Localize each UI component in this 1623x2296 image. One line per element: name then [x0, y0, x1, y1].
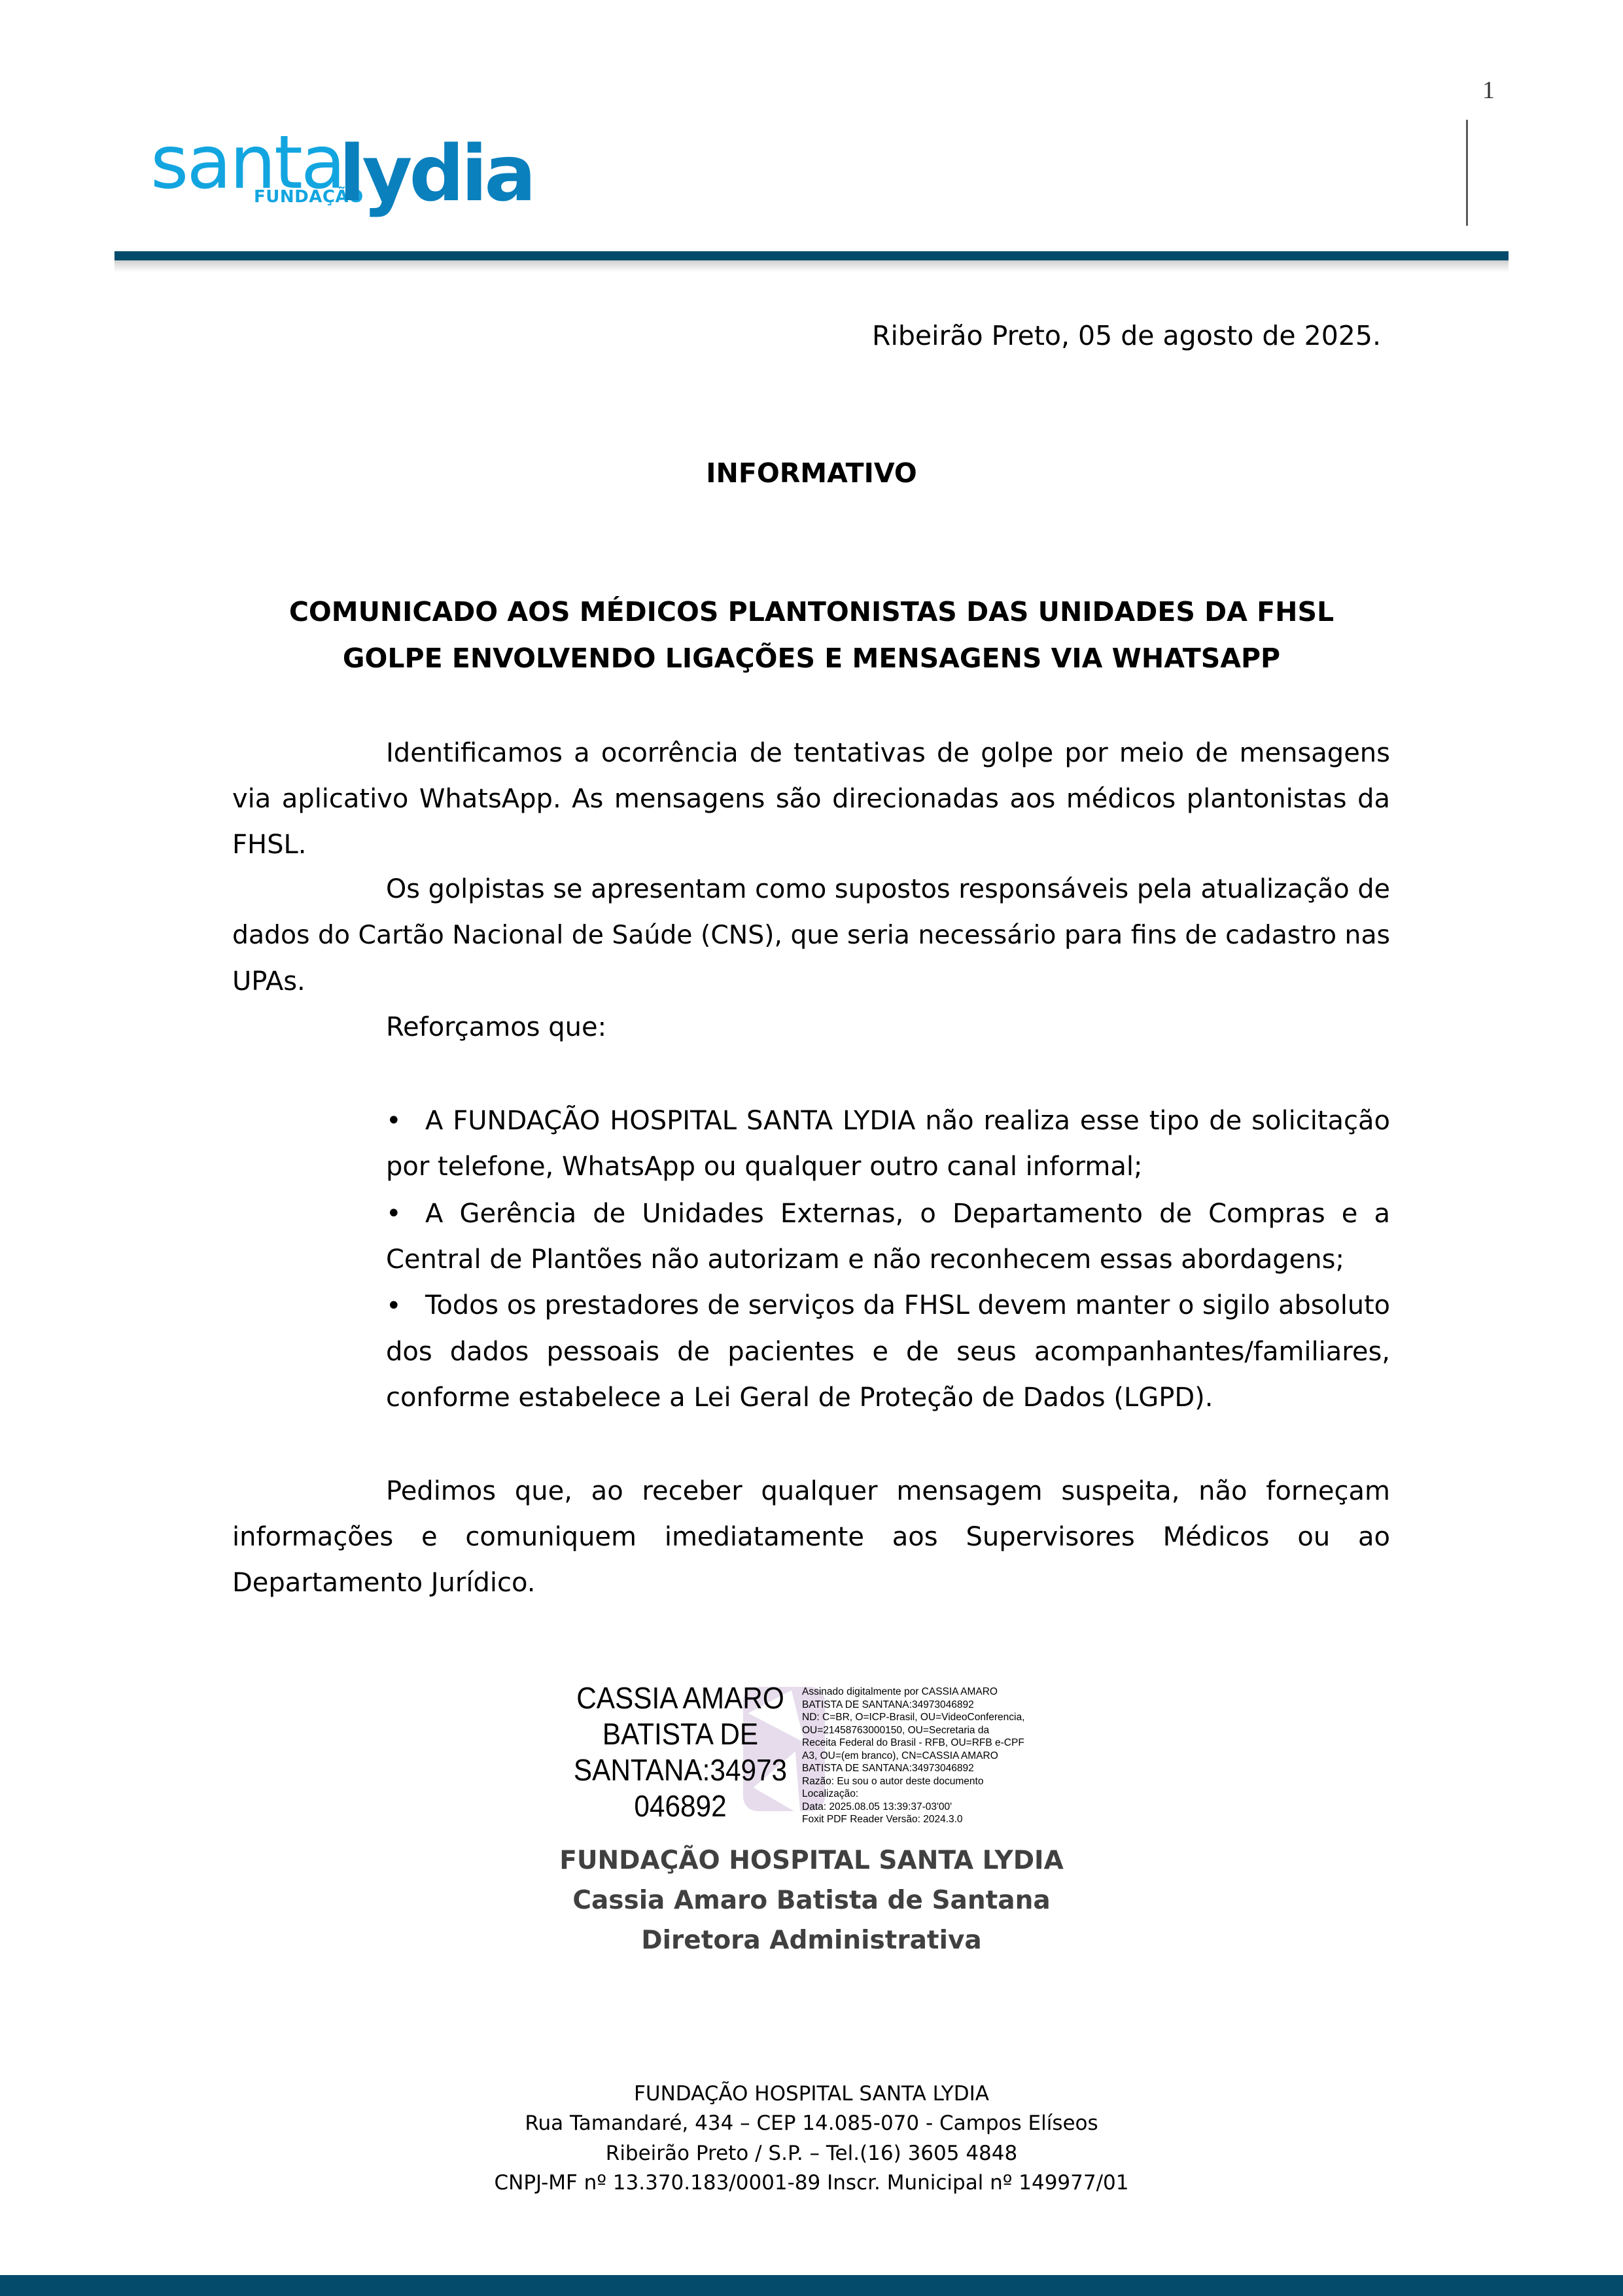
logo-word-lydia: lydia [339, 128, 533, 219]
bullet-dot-icon: • [386, 1201, 402, 1227]
signature-detail-line: ND: C=BR, O=ICP-Brasil, OU=VideoConferen… [802, 1711, 1024, 1724]
bullet-text: A FUNDAÇÃO HOSPITAL SANTA LYDIA não real… [425, 1108, 1390, 1134]
bullet-dot-icon: • [386, 1108, 402, 1134]
signature-detail-line: Foxit PDF Reader Versão: 2024.3.0 [802, 1813, 1024, 1826]
document-heading-line-1: COMUNICADO AOS MÉDICOS PLANTONISTAS DAS … [0, 599, 1623, 626]
signature-detail-line: Localização: [802, 1788, 1024, 1801]
document-date: Ribeirão Preto, 05 de agosto de 2025. [872, 323, 1381, 349]
footer-line: Rua Tamandaré, 434 – CEP 14.085-070 - Ca… [0, 2113, 1623, 2134]
bullet-text: dos dados pessoais de pacientes e de seu… [386, 1339, 1390, 1365]
footer-line: Ribeirão Preto / S.P. – Tel.(16) 3605 48… [0, 2144, 1623, 2164]
footer-bar [0, 2275, 1623, 2296]
signature-detail-line: Razão: Eu sou o autor deste documento [802, 1775, 1024, 1788]
signatory-role: Diretora Administrativa [0, 1928, 1623, 1953]
bullet-text: Central de Plantões não autorizam e não … [386, 1246, 1390, 1273]
signature-name-line: 046892 [554, 1788, 807, 1824]
page-number: 1 [1482, 76, 1495, 105]
bullet-text: conforme estabelece a Lei Geral de Prote… [386, 1385, 1390, 1411]
signature-detail-line: BATISTA DE SANTANA:34973046892 [802, 1762, 1024, 1775]
bullet-text: Todos os prestadores de serviços da FHSL… [425, 1293, 1390, 1319]
bullet-dot-icon: • [386, 1293, 402, 1319]
paragraph-line: dados do Cartão Nacional de Saúde (CNS),… [232, 923, 1390, 948]
signature-detail-line: BATISTA DE SANTANA:34973046892 [802, 1699, 1024, 1712]
document-heading-line-2: GOLPE ENVOLVENDO LIGAÇÕES E MENSAGENS VI… [0, 645, 1623, 672]
signatory-organization: FUNDAÇÃO HOSPITAL SANTA LYDIA [0, 1848, 1623, 1873]
paragraph-line: informações e comuniquem imediatamente a… [232, 1524, 1390, 1550]
header-bar [114, 251, 1509, 260]
bullet-text: A Gerência de Unidades Externas, o Depar… [425, 1201, 1390, 1227]
footer-line: FUNDAÇÃO HOSPITAL SANTA LYDIA [0, 2084, 1623, 2104]
paragraph-line: UPAs. [232, 968, 1390, 995]
signature-detail-line: OU=21458763000150, OU=Secretaria da [802, 1724, 1024, 1737]
paragraph-line: Departamento Jurídico. [232, 1570, 1390, 1596]
paragraph-line: via aplicativo WhatsApp. As mensagens sã… [232, 786, 1390, 812]
paragraph-line: FHSL. [232, 832, 1390, 858]
santa-lydia-logo: santa FUNDAÇÃO lydia [150, 124, 517, 222]
signature-detail-line: A3, OU=(em branco), CN=CASSIA AMARO [802, 1750, 1024, 1763]
signature-detail-line: Receita Federal do Brasil - RFB, OU=RFB … [802, 1737, 1024, 1750]
signature-detail-line: Data: 2025.08.05 13:39:37-03'00' [802, 1801, 1024, 1814]
bullet-text: por telefone, WhatsApp ou qualquer outro… [386, 1154, 1390, 1180]
signature-name-line: CASSIA AMARO [554, 1680, 807, 1716]
paragraph-line: Identificamos a ocorrência de tentativas… [386, 740, 1390, 766]
header-vertical-divider [1466, 120, 1468, 226]
digital-signature-details[interactable]: Assinado digitalmente por CASSIA AMARO B… [802, 1686, 1024, 1826]
signature-name-line: BATISTA DE [554, 1716, 807, 1752]
signature-detail-line: Assinado digitalmente por CASSIA AMARO [802, 1686, 1024, 1699]
header-bar-shadow [114, 260, 1509, 272]
footer-line: CNPJ-MF nº 13.370.183/0001-89 Inscr. Mun… [0, 2173, 1623, 2193]
paragraph-line: Pedimos que, ao receber qualquer mensage… [386, 1478, 1390, 1504]
signature-name-line: SANTANA:34973 [554, 1752, 807, 1788]
signatory-name: Cassia Amaro Batista de Santana [0, 1888, 1623, 1913]
paragraph-line: Os golpistas se apresentam como supostos… [386, 877, 1390, 903]
digital-signature-name[interactable]: CASSIA AMARO BATISTA DE SANTANA:34973 04… [554, 1680, 807, 1824]
body-paragraph-3: Reforçamos que: [386, 1014, 1390, 1040]
document-title: INFORMATIVO [0, 460, 1623, 487]
